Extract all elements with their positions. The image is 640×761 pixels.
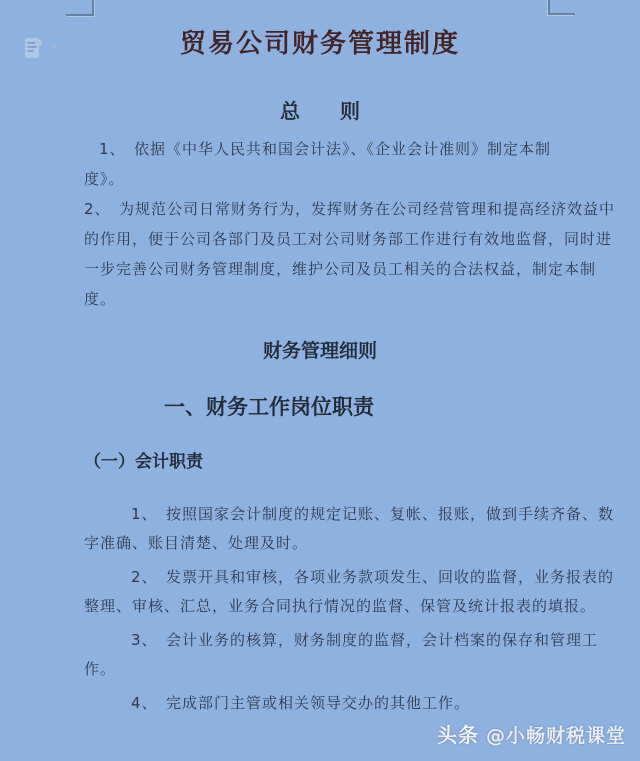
duty-list: 1、 按照国家会计制度的规定记账、复帐、报账，做到手续齐备、数 字准确、账目清楚…	[84, 500, 556, 718]
paragraph-line: 整理、审核、汇总，业务合同执行情况的监督、保管及统计报表的填报。	[84, 592, 556, 621]
paragraph-line: 度》。	[84, 164, 556, 194]
paragraph-general-1: 1、 依据《中华人民共和国会计法》、《企业会计准则》制定本制 度》。	[84, 134, 556, 194]
paragraph-line: 字准确、账目清楚、处理及时。	[84, 529, 556, 558]
paragraph-line: 的作用，便于公司各部门及员工对公司财务部工作进行有效地监督，同时进	[84, 224, 556, 254]
watermark-brand: 头条	[437, 719, 479, 748]
paragraph-line: 4、 完成部门主管或相关领导交办的其他工作。	[84, 689, 556, 718]
list-item: 2、 发票开具和审核，各项业务款项发生、回收的监督，业务报表的 整理、审核、汇总…	[84, 563, 556, 621]
chevron-down-icon[interactable]	[50, 45, 60, 51]
heading-financial-rules: 财务管理细则	[84, 336, 556, 366]
paragraph-line: 度。	[84, 284, 556, 314]
paragraph-format-icon[interactable]	[24, 37, 44, 59]
watermark: 头条 @小畅财税课堂	[437, 719, 626, 748]
paragraph-line: 1、 按照国家会计制度的规定记账、复帐、报账，做到手续齐备、数	[84, 500, 556, 529]
heading-general-provisions: 总 则	[84, 96, 556, 126]
paragraph-line: 作。	[84, 655, 556, 684]
watermark-handle: @小畅财税课堂	[486, 721, 626, 748]
paragraph-line: 3、 会计业务的核算，财务制度的监督，会计档案的保存和管理工	[84, 626, 556, 655]
paragraph-line: 一步完善公司财务管理制度，维护公司及员工相关的合法权益，制定本制	[84, 254, 556, 284]
document-title: 贸易公司财务管理制度	[84, 26, 556, 62]
document-body: 贸易公司财务管理制度 总 则 1、 依据《中华人民共和国会计法》、《企业会计准则…	[84, 0, 556, 723]
paragraph-line: 1、 依据《中华人民共和国会计法》、《企业会计准则》制定本制	[84, 134, 556, 164]
paragraph-general-2: 2、 为规范公司日常财务行为，发挥财务在公司经营管理和提高经济效益中 的作用，便…	[84, 194, 556, 314]
paragraph-line: 2、 为规范公司日常财务行为，发挥财务在公司经营管理和提高经济效益中	[84, 194, 556, 224]
list-item: 1、 按照国家会计制度的规定记账、复帐、报账，做到手续齐备、数 字准确、账目清楚…	[84, 500, 556, 558]
list-item: 3、 会计业务的核算，财务制度的监督，会计档案的保存和管理工 作。	[84, 626, 556, 684]
document-page: 贸易公司财务管理制度 总 则 1、 依据《中华人民共和国会计法》、《企业会计准则…	[0, 0, 640, 761]
heading-subsection-accounting-duties: （一）会计职责	[84, 447, 556, 477]
list-item: 4、 完成部门主管或相关领导交办的其他工作。	[84, 689, 556, 718]
heading-section-1: 一、财务工作岗位职责	[164, 391, 556, 423]
paragraph-line: 2、 发票开具和审核，各项业务款项发生、回收的监督，业务报表的	[84, 563, 556, 592]
paragraph-format-tool[interactable]	[24, 37, 60, 59]
